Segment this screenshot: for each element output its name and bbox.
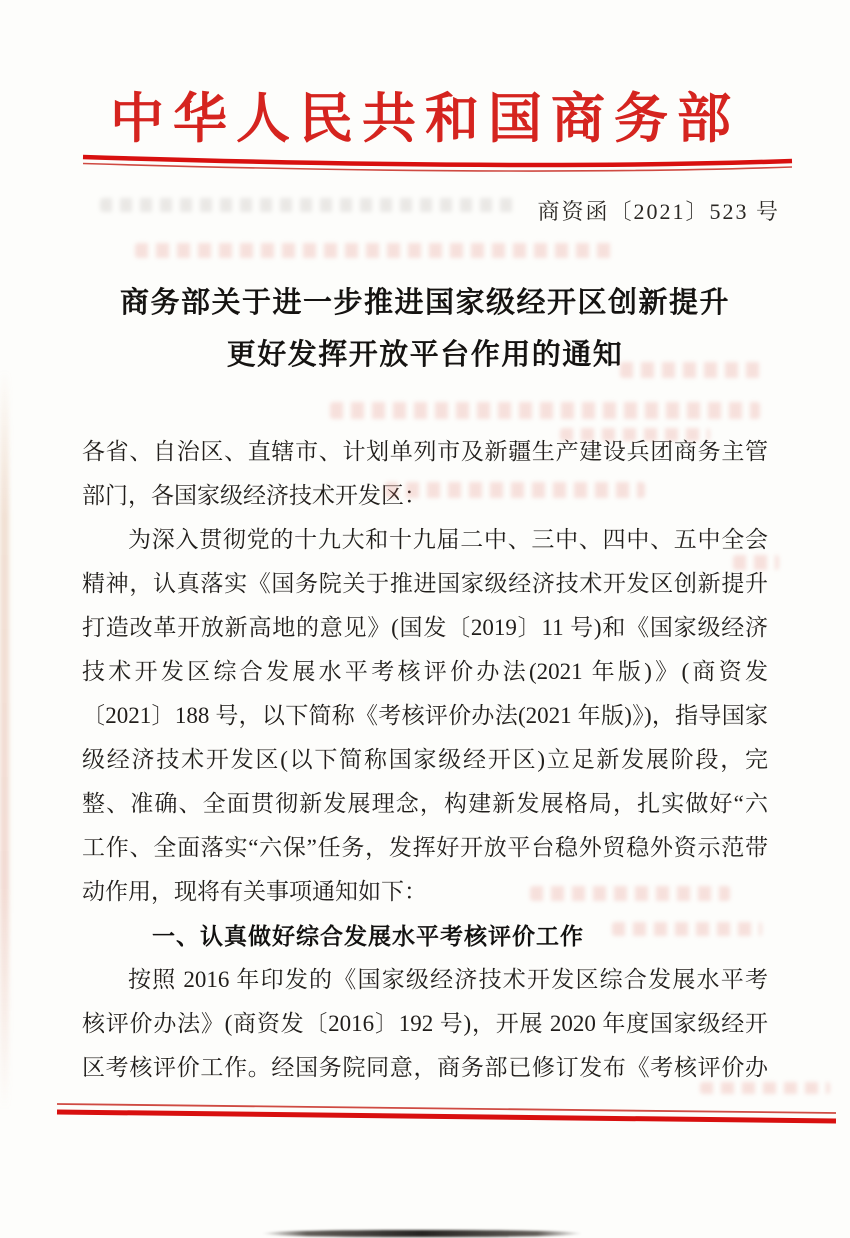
body-line: 〔2021〕188 号，以下简称《考核评价办法(2021 年版)》)，指导国家: [82, 694, 768, 738]
notice-title: 商务部关于进一步推进国家级经开区创新提升 更好发挥开放平台作用的通知: [0, 277, 850, 381]
body-line: 核评价办法》(商资发〔2016〕192 号)，开展 2020 年度国家级经开: [82, 1002, 768, 1046]
bottom-scan-shadow: [262, 1230, 582, 1237]
body-text: 各省、自治区、直辖市、计划单列市及新疆生产建设兵团商务主管 部门，各国家级经济技…: [82, 430, 768, 1090]
body-line: 各省、自治区、直辖市、计划单列市及新疆生产建设兵团商务主管: [82, 430, 768, 474]
left-edge-scan-artifact: [0, 370, 9, 1110]
bleedthrough-artifact: [100, 198, 520, 212]
body-line: 为深入贯彻党的十九大和十九届二中、三中、四中、五中全会: [82, 518, 768, 562]
doc-number: 商资函〔2021〕523 号: [537, 195, 780, 226]
body-line: 打造改革开放新高地的意见》(国发〔2019〕11 号)和《国家级经济: [82, 606, 768, 650]
bleedthrough-artifact: [135, 243, 615, 258]
body-line: 部门，各国家级经济技术开发区：: [82, 474, 768, 518]
notice-title-line1: 商务部关于进一步推进国家级经开区创新提升: [0, 277, 850, 329]
notice-title-line2: 更好发挥开放平台作用的通知: [0, 329, 850, 381]
ministry-header-title: 中华人民共和国商务部: [0, 76, 850, 153]
body-line: 整、准确、全面贯彻新发展理念，构建新发展格局，扎实做好“六稳”: [82, 782, 768, 826]
section-heading: 一、认真做好综合发展水平考核评价工作: [82, 914, 768, 958]
body-line: 工作、全面落实“六保”任务，发挥好开放平台稳外贸稳外资示范带: [82, 826, 768, 870]
body-line: 按照 2016 年印发的《国家级经济技术开发区综合发展水平考: [82, 958, 768, 1002]
body-line: 动作用，现将有关事项通知如下：: [82, 870, 768, 914]
body-line: 精神，认真落实《国务院关于推进国家级经济技术开发区创新提升: [82, 562, 768, 606]
footer-rule-bottom: [0, 1095, 850, 1135]
bleedthrough-artifact: [330, 402, 760, 419]
scanned-document-page: 中华人民共和国商务部 商资函〔2021〕523 号 商务部关于进一步推进国家级经…: [0, 0, 850, 1238]
body-line: 级经济技术开发区(以下简称国家级经开区)立足新发展阶段，完: [82, 738, 768, 782]
header-rule-top: [0, 145, 850, 185]
body-line: 区考核评价工作。经国务院同意，商务部已修订发布《考核评价办: [82, 1046, 768, 1090]
body-line: 技术开发区综合发展水平考核评价办法(2021 年版)》(商资发: [82, 650, 768, 694]
